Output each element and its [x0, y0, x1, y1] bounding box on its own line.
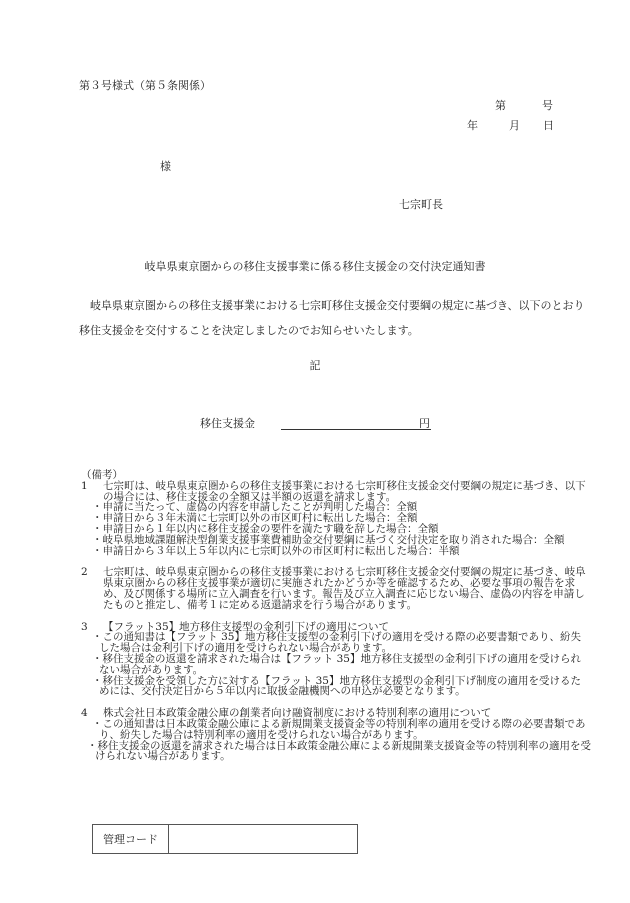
addressee: 様 — [160, 158, 171, 174]
doc-number-suffix: 号 — [542, 97, 553, 113]
document-number: 第号 — [495, 97, 553, 113]
note-bullet: ・この通知書は【フラット 35】地方移住支援型の金利引下げの適用を受ける際の必要… — [88, 632, 591, 654]
note-number: 2 — [81, 567, 103, 610]
amount-field[interactable] — [281, 429, 431, 430]
note-1: 1 七宗町は、岐阜県東京圏からの移住支援事業における七宗町移住支援金交付要綱の規… — [81, 481, 591, 557]
date-year: 年 — [467, 117, 509, 133]
note-bullet: ・移住支援金の返還を請求された場合は【フラット 35】地方移住支援型の金利引下げ… — [88, 654, 591, 676]
management-code-label: 管理コード — [93, 825, 169, 853]
body-text: 岐阜県東京圏からの移住支援事業における七宗町移住支援金交付要綱の規定に基づき、以… — [79, 293, 589, 343]
body-text-content: 岐阜県東京圏からの移住支援事業における七宗町移住支援金交付要綱の規定に基づき、以… — [79, 299, 585, 337]
note-bullet: ・この通知書は日本政策金融公庫による新規開業支援資金等の特別利率の適用を受ける際… — [88, 719, 591, 741]
form-number: 第３号様式（第５条関係） — [79, 77, 211, 93]
issuer: 七宗町長 — [399, 196, 443, 212]
doc-number-prefix: 第 — [495, 97, 542, 113]
amount-unit: 円 — [419, 415, 430, 431]
note-text: 七宗町は、岐阜県東京圏からの移住支援事業における七宗町移住支援金交付要綱の規定に… — [103, 567, 591, 610]
note-bullet: ・移住支援金の返還を請求された場合は日本政策金融公庫による新規開業支援資金等の特… — [83, 741, 591, 763]
note-2: 2 七宗町は、岐阜県東京圏からの移住支援事業における七宗町移住支援金交付要綱の規… — [81, 567, 591, 610]
note-bullet: ・申請日から３年以上５年以内に七宗町以外の市区町村に転出した場合：半額 — [88, 546, 591, 557]
ki-heading: 記 — [0, 357, 630, 373]
issue-date: 年月日 — [467, 117, 554, 133]
amount-label: 移住支援金 — [200, 415, 255, 431]
note-bullet: ・移住支援金を受領した方に対する【フラット 35】地方移住支援型の金利引下げ制度… — [88, 676, 591, 698]
note-bullet: ・岐阜県地域課題解決型創業支援事業費補助金交付要綱に基づく交付決定を取り消された… — [88, 535, 591, 546]
note-text: 七宗町は、岐阜県東京圏からの移住支援事業における七宗町移住支援金交付要綱の規定に… — [91, 481, 591, 503]
note-3: 3 【フラット35】地方移住支援型の金利引下げの適用について ・この通知書は【フ… — [81, 622, 591, 698]
document-title: 岐阜県東京圏からの移住支援事業に係る移住支援金の交付決定通知書 — [0, 258, 630, 274]
note-4: 4 株式会社日本政策金融公庫の創業者向け融資制度における特別利率の適用について … — [81, 708, 591, 762]
date-month: 月 — [509, 117, 543, 133]
notes-section: （備考） 1 七宗町は、岐阜県東京圏からの移住支援事業における七宗町移住支援金交… — [81, 470, 591, 773]
management-code-field[interactable] — [169, 825, 357, 853]
management-code-table: 管理コード — [92, 824, 358, 854]
date-day: 日 — [543, 117, 554, 133]
